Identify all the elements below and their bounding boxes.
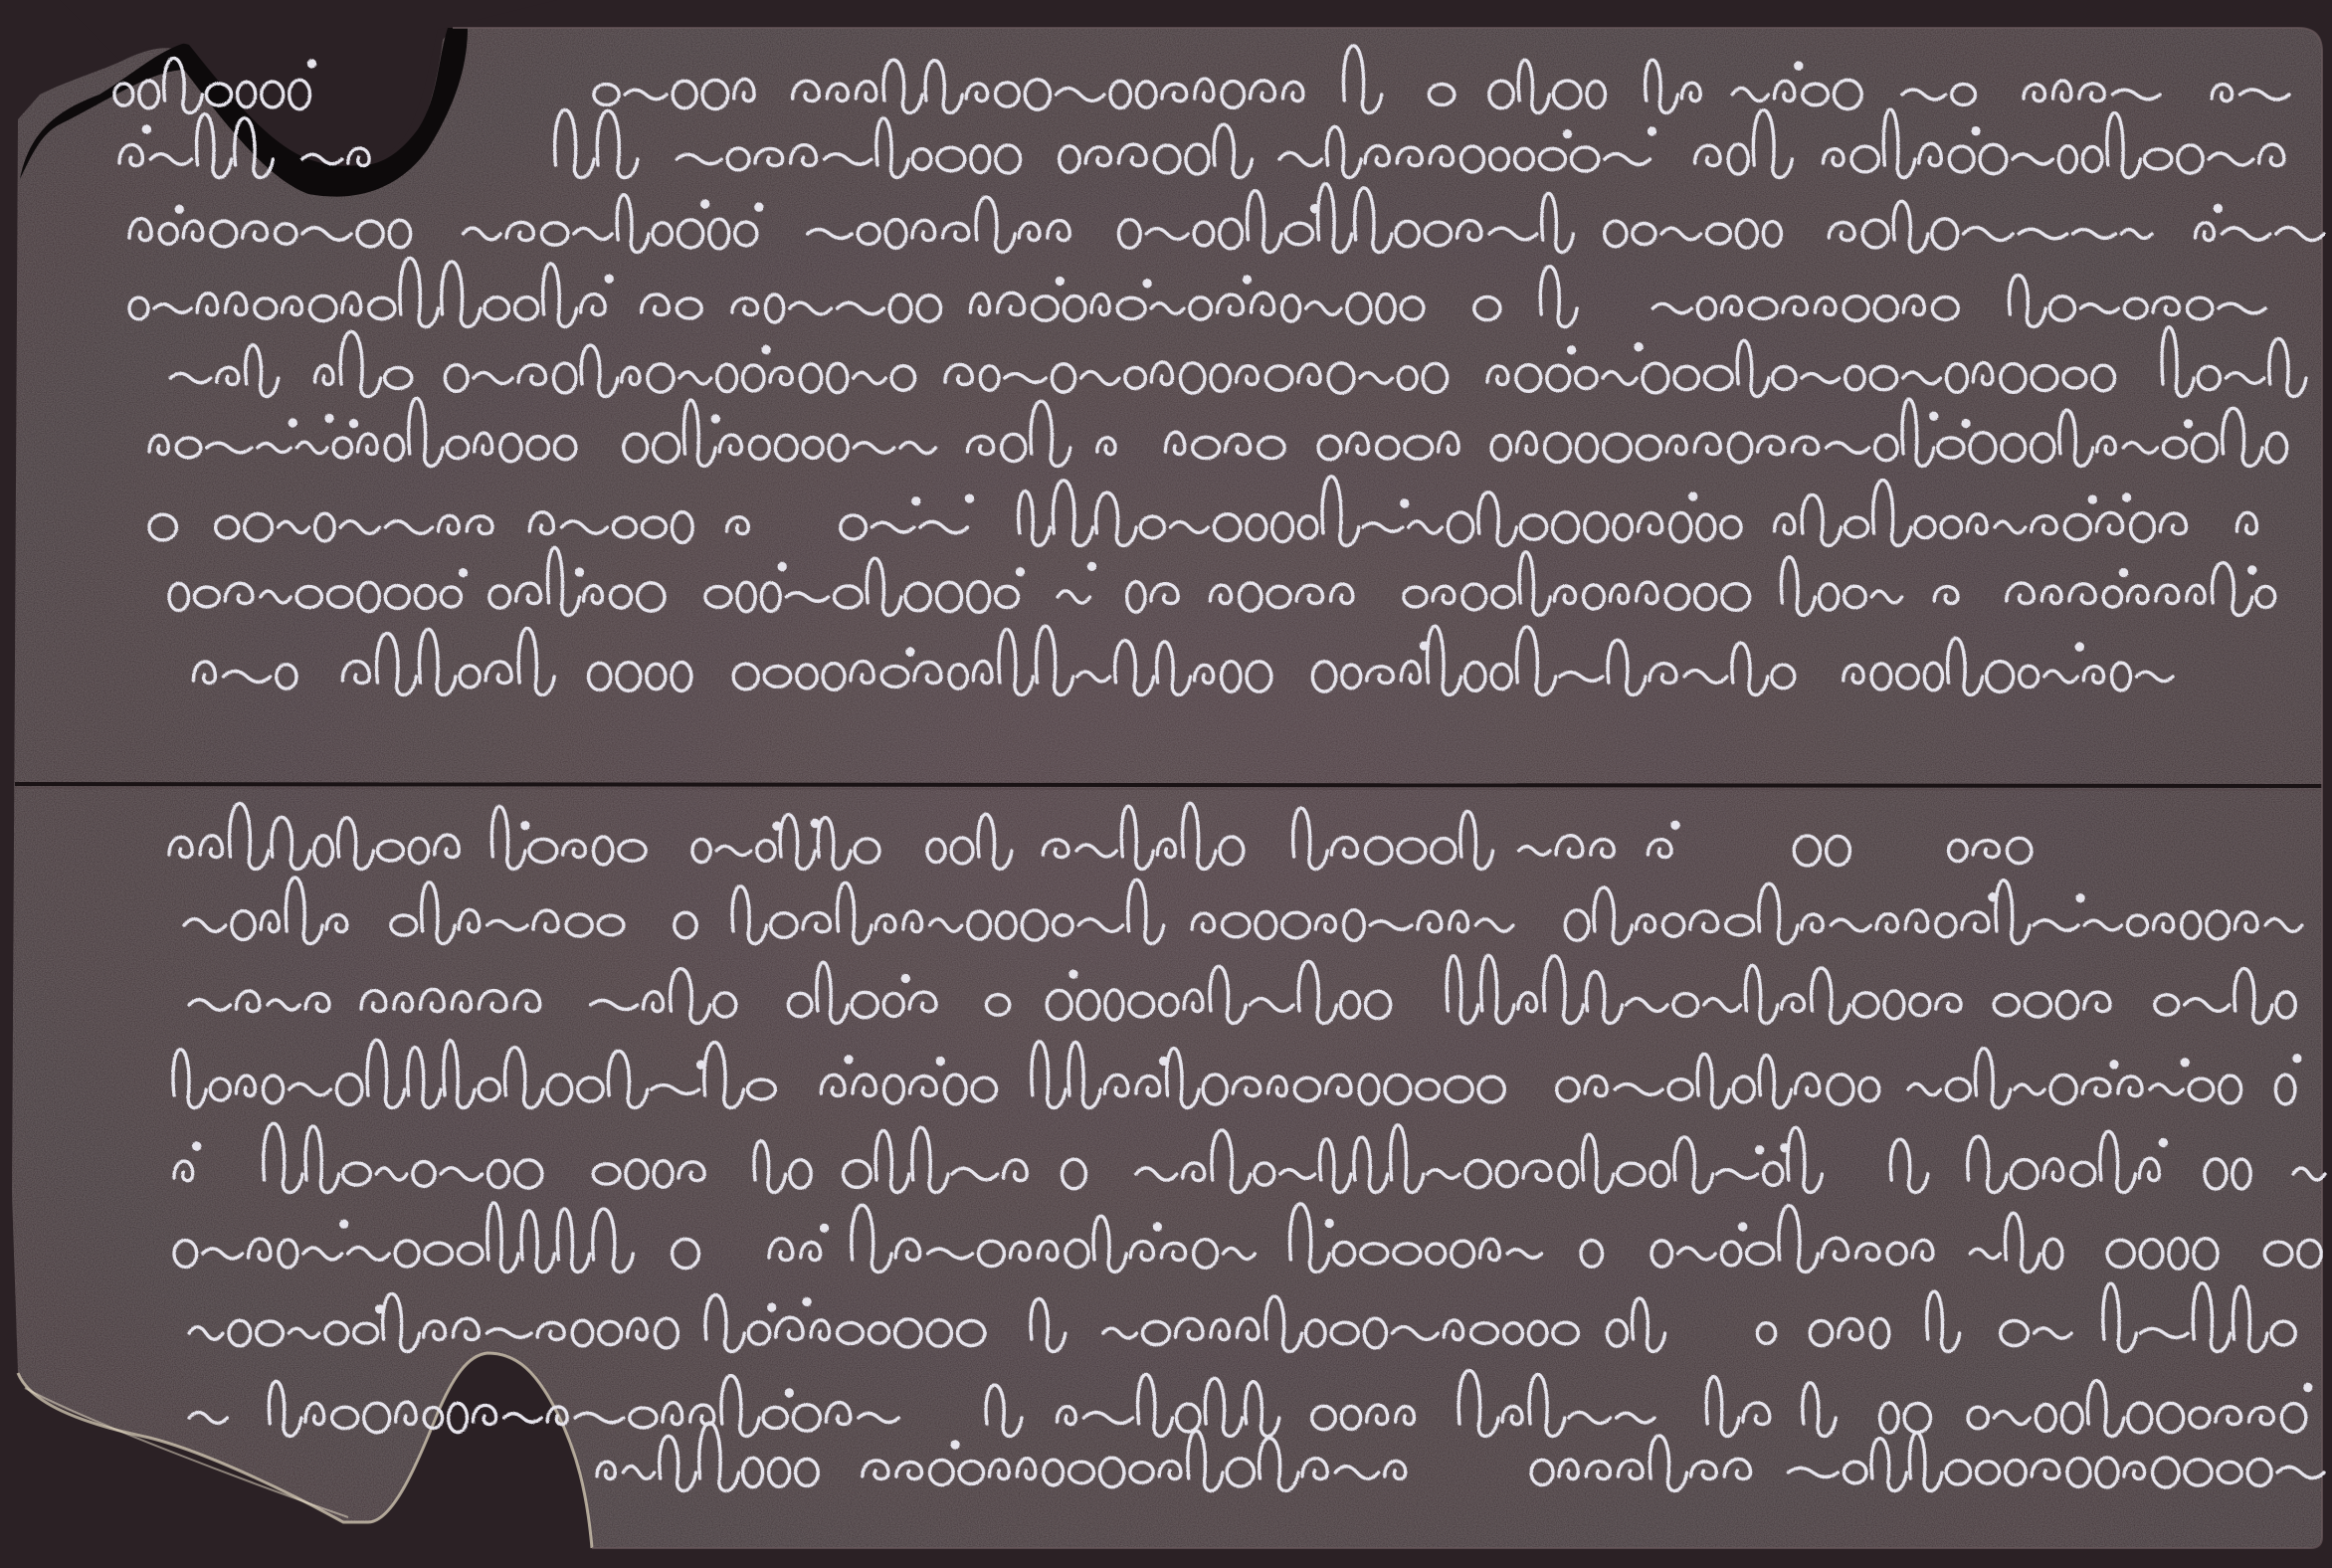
diacritic-dot <box>2215 205 2221 211</box>
diacritic-dot <box>1326 1220 1332 1226</box>
diacritic-dot <box>1402 500 1408 506</box>
diacritic-dot <box>1089 563 1095 569</box>
fold-line <box>15 784 2322 786</box>
diacritic-dot <box>1963 421 1969 427</box>
diacritic-dot <box>1569 347 1575 353</box>
manuscript-photo: Folded manuscript page with white handwr… <box>0 0 2332 1568</box>
diacritic-dot <box>176 206 182 212</box>
diacritic-dot <box>308 61 314 67</box>
diacritic-dot <box>461 570 467 576</box>
diacritic-dot <box>194 1143 200 1149</box>
diacritic-dot <box>1057 279 1063 285</box>
diacritic-dot <box>913 498 919 504</box>
diacritic-dot <box>522 823 528 829</box>
diacritic-dot <box>702 201 708 207</box>
diacritic-dot <box>786 1390 792 1396</box>
diacritic-dot <box>1636 344 1642 350</box>
diacritic-dot <box>756 204 762 210</box>
diacritic-dot <box>1244 277 1250 283</box>
diacritic-dot <box>769 1304 775 1310</box>
diacritic-dot <box>1672 822 1678 828</box>
diacritic-dot <box>1144 281 1150 287</box>
diacritic-dot <box>1017 569 1023 575</box>
diacritic-dot <box>902 975 908 981</box>
diacritic-dot <box>143 126 149 132</box>
diacritic-dot <box>1070 971 1076 977</box>
diacritic-dot <box>326 415 332 421</box>
diacritic-dot <box>712 416 718 422</box>
diacritic-dot <box>2249 567 2255 573</box>
manuscript-scene <box>0 0 2332 1568</box>
diacritic-dot <box>2160 1139 2166 1145</box>
diacritic-dot <box>351 421 357 427</box>
diacritic-dot <box>2305 1385 2311 1391</box>
diacritic-dot <box>1973 128 1979 134</box>
diacritic-dot <box>290 420 295 426</box>
diacritic-dot <box>577 569 583 575</box>
diacritic-dot <box>2111 1062 2117 1068</box>
diacritic-dot <box>952 1442 958 1448</box>
diacritic-dot <box>846 1057 852 1063</box>
diacritic-dot <box>2076 644 2082 650</box>
diacritic-dot <box>2121 570 2127 576</box>
diacritic-dot <box>774 823 780 829</box>
diacritic-dot <box>2089 496 2095 502</box>
diacritic-dot <box>1796 63 1802 69</box>
diacritic-dot <box>2294 1056 2300 1062</box>
diacritic-dot <box>2182 1060 2188 1066</box>
diacritic-dot <box>1690 493 1696 499</box>
diacritic-dot <box>966 495 972 501</box>
diacritic-dot <box>1565 131 1571 137</box>
diacritic-dot <box>822 1225 828 1231</box>
diacritic-dot <box>1154 1224 1160 1230</box>
diacritic-dot <box>341 1221 347 1227</box>
diacritic-dot <box>907 649 913 655</box>
diacritic-dot <box>2186 421 2192 427</box>
diacritic-dot <box>1740 1224 1746 1230</box>
diacritic-dot <box>1757 1147 1763 1153</box>
diacritic-dot <box>2077 895 2083 901</box>
diacritic-dot <box>606 276 612 282</box>
diacritic-dot <box>937 1059 943 1065</box>
diacritic-dot <box>2124 494 2130 500</box>
diacritic-dot <box>763 347 769 353</box>
diacritic-dot <box>1649 128 1654 134</box>
diacritic-dot <box>779 563 785 569</box>
diacritic-dot <box>377 1306 383 1312</box>
diacritic-dot <box>804 1298 810 1304</box>
diacritic-dot <box>812 820 818 826</box>
diacritic-dot <box>1931 413 1937 419</box>
